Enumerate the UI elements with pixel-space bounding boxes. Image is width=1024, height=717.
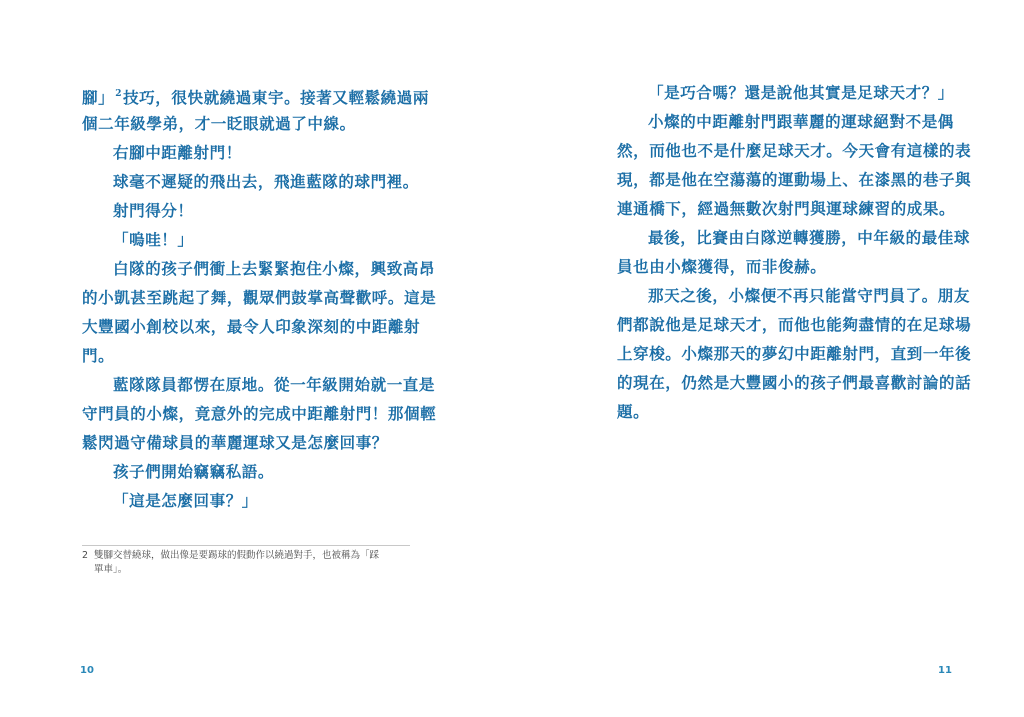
left-page-body: 腳」2技巧，很快就繞過東宇。接著又輕鬆繞過兩 個二年級學弟，才一眨眼就過了中線。… <box>82 80 412 515</box>
footnote-divider <box>82 545 410 546</box>
text-line: 的小凱甚至跳起了舞，觀眾們鼓掌高聲歡呼。這是 <box>82 283 412 312</box>
text-line: 右腳中距離射門！ <box>82 138 412 167</box>
text-line: 題。 <box>617 397 950 426</box>
text-line: 「嗚哇！」 <box>82 225 412 254</box>
footnote: 2雙腳交替繞球，做出像是要踢球的假動作以繞過對手，也被稱為「踩 單車」。 <box>82 549 412 577</box>
text-line: 個二年級學弟，才一眨眼就過了中線。 <box>82 109 412 138</box>
text-line: 最後，比賽由白隊逆轉獲勝，中年級的最佳球 <box>617 223 950 252</box>
text-line: 鬆閃過守備球員的華麗運球又是怎麼回事？ <box>82 428 412 457</box>
right-page-body: 「是巧合嗎？還是說他其實是足球天才？」 小燦的中距離射門跟華麗的運球絕對不是偶 … <box>617 78 950 426</box>
left-page: 腳」2技巧，很快就繞過東宇。接著又輕鬆繞過兩 個二年級學弟，才一眨眼就過了中線。… <box>0 0 512 717</box>
text-line: 員也由小燦獲得，而非俊赫。 <box>617 252 950 281</box>
right-page: 「是巧合嗎？還是說他其實是足球天才？」 小燦的中距離射門跟華麗的運球絕對不是偶 … <box>512 0 1024 717</box>
text-line: 連通橋下，經過無數次射門與運球練習的成果。 <box>617 194 950 223</box>
page-number-right: 11 <box>938 665 952 676</box>
text-line: 那天之後，小燦便不再只能當守門員了。朋友 <box>617 281 950 310</box>
text-line: 射門得分！ <box>82 196 412 225</box>
footnote-text: 雙腳交替繞球，做出像是要踢球的假動作以繞過對手，也被稱為「踩 <box>94 550 379 561</box>
text-line: 小燦的中距離射門跟華麗的運球絕對不是偶 <box>617 107 950 136</box>
text-line: 現，都是他在空蕩蕩的運動場上、在漆黑的巷子與 <box>617 165 950 194</box>
text-line: 然，而他也不是什麼足球天才。今天會有這樣的表 <box>617 136 950 165</box>
text-line: 球毫不遲疑的飛出去，飛進藍隊的球門裡。 <box>82 167 412 196</box>
text-segment: 技巧，很快就繞過東宇。接著又輕鬆繞過兩 <box>123 88 429 107</box>
text-line: 腳」2技巧，很快就繞過東宇。接著又輕鬆繞過兩 <box>82 80 412 109</box>
text-line: 「這是怎麼回事？」 <box>82 486 412 515</box>
text-segment: 腳」 <box>82 88 114 107</box>
text-line: 大豐國小創校以來，最令人印象深刻的中距離射 <box>82 312 412 341</box>
text-line: 上穿梭。小燦那天的夢幻中距離射門，直到一年後 <box>617 339 950 368</box>
text-line: 守門員的小燦，竟意外的完成中距離射門！那個輕 <box>82 399 412 428</box>
text-line: 的現在，仍然是大豐國小的孩子們最喜歡討論的話 <box>617 368 950 397</box>
footnote-text-continued: 單車」。 <box>82 563 412 577</box>
text-line: 「是巧合嗎？還是說他其實是足球天才？」 <box>617 78 950 107</box>
footnote-reference[interactable]: 2 <box>115 89 122 99</box>
footnote-number: 2 <box>82 549 94 563</box>
text-line: 藍隊隊員都愣在原地。從一年級開始就一直是 <box>82 370 412 399</box>
text-line: 孩子們開始竊竊私語。 <box>82 457 412 486</box>
text-line: 們都說他是足球天才，而他也能夠盡情的在足球場 <box>617 310 950 339</box>
text-line: 門。 <box>82 341 412 370</box>
text-line: 白隊的孩子們衝上去緊緊抱住小燦，興致高昂 <box>82 254 412 283</box>
page-number-left: 10 <box>80 665 94 676</box>
